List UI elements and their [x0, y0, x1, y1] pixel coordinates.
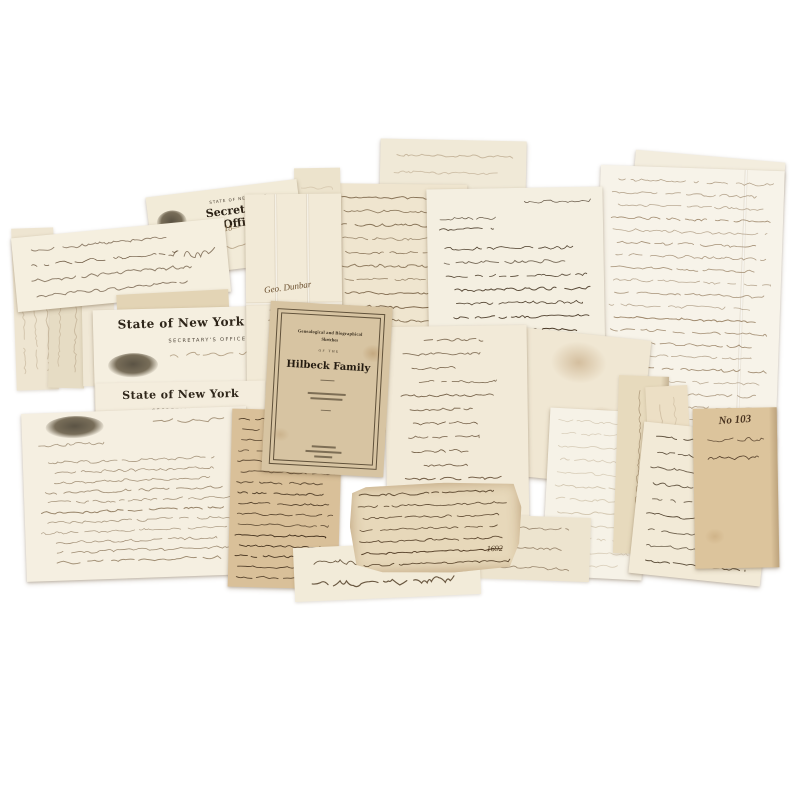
bottom-left-letter: [21, 406, 252, 582]
handwriting-ink: [701, 431, 770, 466]
coat-of-arms-engraving-icon: [45, 415, 104, 439]
subtitle-line: [308, 392, 346, 396]
fold-shadow: [769, 407, 780, 567]
title-rule: [320, 380, 334, 382]
dateline-script: [518, 195, 592, 208]
handwriting-ink: [162, 239, 220, 268]
docket-card-103: No 103: [693, 407, 780, 568]
handwriting-ink: [34, 437, 106, 452]
handwriting-ink: [437, 214, 501, 233]
handwriting-ink: [35, 449, 240, 572]
booklet-title-block: Genealogical and Biographical Sketches O…: [279, 327, 377, 413]
subtitle-line: [310, 397, 342, 401]
signature-flourish: [162, 239, 220, 268]
imprint-line: [305, 450, 341, 454]
state-letterhead-office: SECRETARY'S OFFICE: [153, 336, 261, 345]
booklet-family-title: Hilbeck Family: [281, 358, 375, 374]
letter-body-script: [35, 449, 240, 572]
foxing-stain: [705, 528, 725, 544]
imprint-line: [312, 445, 336, 448]
foxing-stain: [549, 339, 609, 387]
coat-of-arms-engraving-icon: [108, 353, 159, 378]
genealogy-booklet-cover: Genealogical and Biographical Sketches O…: [261, 301, 392, 478]
manuscripts-pile-photo: STATE OF NEW YORK Secretary's Office Alb…: [0, 0, 800, 800]
handwriting-ink: [518, 195, 592, 208]
state-letterhead-title: State of New York: [93, 314, 269, 333]
state-letterhead-title: State of New York: [95, 387, 265, 403]
handwriting-ink: [166, 346, 258, 362]
letter-address: Geo. Dunbar: [263, 279, 311, 295]
fold-crease: [735, 170, 748, 448]
handwriting-ink: [348, 480, 523, 576]
dateline-script: [148, 413, 232, 428]
docket-number: No 103: [692, 411, 777, 429]
note-year: 1692: [487, 544, 503, 554]
early-note-1692: 1692: [348, 480, 523, 576]
handwriting-ink: [148, 413, 232, 428]
dateline-script: [166, 346, 258, 362]
address-script: [437, 214, 501, 233]
docket-script-lines: [701, 431, 770, 466]
salutation-script: [34, 437, 106, 452]
